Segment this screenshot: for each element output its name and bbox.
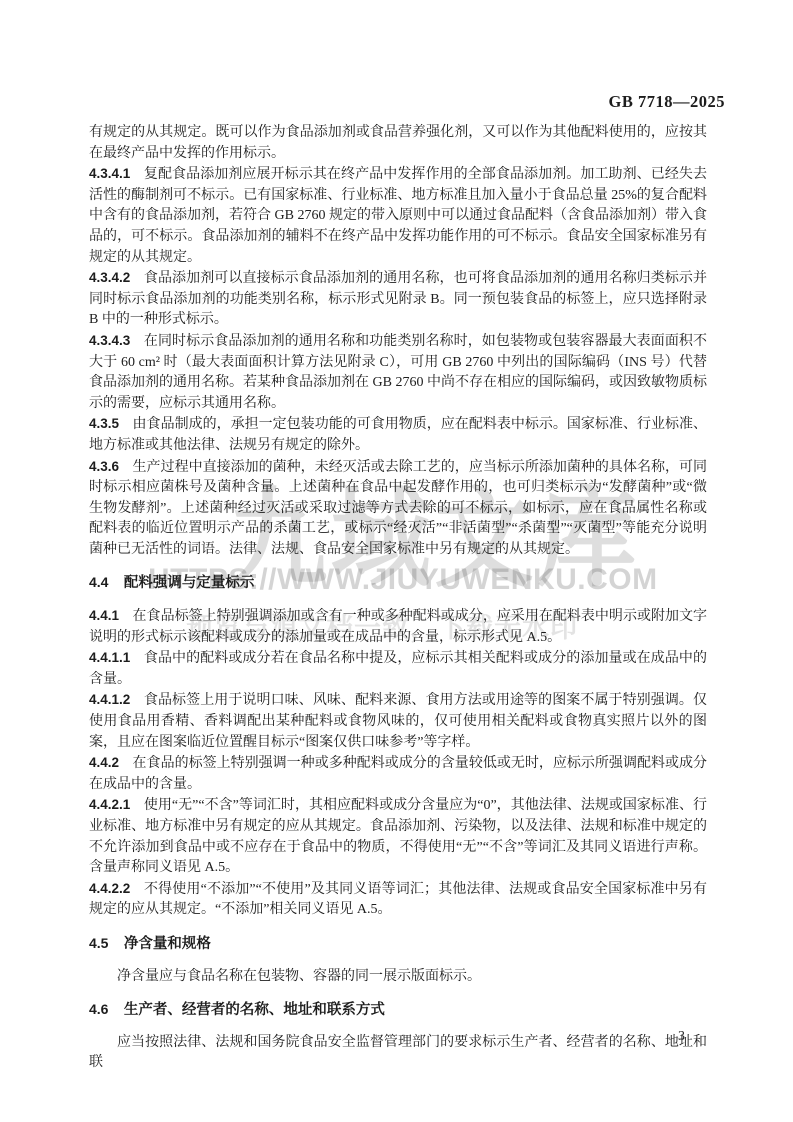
clause-paragraph: 4.4.2在食品的标签上特别强调一种或多种配料或成分的含量较低或无时，应标示所强… [89, 753, 707, 795]
clause-number: 4.4.1.1 [89, 650, 130, 665]
clause-number: 4.4.2.1 [89, 797, 130, 812]
clause-paragraph: 4.4.2.1使用“无”“不含”等词汇时，其相应配料或成分含量应为“0”，其他法… [89, 795, 707, 878]
clause-paragraph: 4.3.4.3在同时标示食品添加剂的通用名称和功能类别名称时，如包装物或包装容器… [89, 331, 707, 414]
clause-number: 4.6 [89, 1001, 108, 1017]
paragraph-text: 应当按照法律、法规和国务院食品安全监督管理部门的要求标示生产者、经营者的名称、地… [89, 1035, 707, 1071]
clause-number: 4.4.2.2 [89, 881, 130, 896]
clause-number: 4.3.4.3 [89, 333, 130, 348]
clause-number: 4.4.1.2 [89, 692, 130, 707]
paragraph-text: 复配食品添加剂应展开标示其在终产品中发挥作用的全部食品添加剂。加工助剂、已经失去… [89, 167, 707, 264]
paragraph-text: 在食品的标签上特别强调一种或多种配料或成分的含量较低或无时，应标示所强调配料或成… [89, 756, 707, 792]
page-number: 3 [678, 1029, 685, 1045]
clause-paragraph: 4.3.6生产过程中直接添加的菌种，未经灭活或去除工艺的，应当标示所添加菌种的具… [89, 457, 707, 561]
clause-number: 4.4.1 [89, 608, 119, 623]
clause-paragraph: 4.4.2.2不得使用“不添加”“不使用”及其同义语等词汇；其他法律、法规或食品… [89, 879, 707, 921]
paragraph: 有规定的从其规定。既可以作为食品添加剂或食品营养强化剂，又可以作为其他配料使用的… [89, 123, 707, 164]
paragraph-text: 在同时标示食品添加剂的通用名称和功能类别名称时，如包装物或包装容器最大表面面积不… [89, 334, 707, 411]
clause-paragraph: 4.4.1在食品标签上特别强调添加或含有一种或多种配料或成分，应采用在配料表中明… [89, 606, 707, 648]
paragraph-text: 净含量应与食品名称在包装物、容器的同一展示版面标示。 [117, 969, 481, 984]
clause-paragraph: 4.4.1.1食品中的配料或成分若在食品名称中提及，应标示其相关配料或成分的添加… [89, 648, 707, 690]
clause-paragraph: 4.3.5由食品制成的，承担一定包装功能的可食用物质，应在配料表中标示。国家标准… [89, 414, 707, 456]
clause-paragraph: 4.3.4.1复配食品添加剂应展开标示其在终产品中发挥作用的全部食品添加剂。加工… [89, 164, 707, 268]
heading-text: 生产者、经营者的名称、地址和联系方式 [124, 1002, 385, 1018]
standard-number-header: GB 7718—2025 [0, 92, 725, 112]
paragraph-text: 食品添加剂可以直接标示食品添加剂的通用名称，也可将食品添加剂的通用名称归类标示并… [89, 271, 707, 327]
paragraph-text: 食品中的配料或成分若在食品名称中提及，应标示其相关配料或成分的添加量或在成品中的… [89, 651, 707, 687]
paragraph-text: 使用“无”“不含”等词汇时，其相应配料或成分含量应为“0”，其他法律、法规或国家… [89, 798, 707, 875]
paragraph-text: 不得使用“不添加”“不使用”及其同义语等词汇；其他法律、法规或食品安全国家标准中… [89, 882, 707, 918]
clause-number: 4.3.4.1 [89, 166, 130, 181]
paragraph-text: 有规定的从其规定。既可以作为食品添加剂或食品营养强化剂，又可以作为其他配料使用的… [89, 125, 707, 161]
clause-paragraph: 4.4.1.2食品标签上用于说明口味、风味、配料来源、食用方法或用途等的图案不属… [89, 690, 707, 753]
paragraph: 净含量应与食品名称在包装物、容器的同一展示版面标示。 [89, 967, 707, 988]
clause-number: 4.3.4.2 [89, 270, 130, 285]
paragraph-text: 生产过程中直接添加的菌种，未经灭活或去除工艺的，应当标示所添加菌种的具体名称，可… [89, 460, 707, 557]
clause-number: 4.3.6 [89, 459, 119, 474]
paragraph: 应当按照法律、法规和国务院食品安全监督管理部门的要求标示生产者、经营者的名称、地… [89, 1033, 707, 1074]
document-page: GB 7718—2025 九域文库 HTTPS://WWW.JIUYUWENKU… [0, 0, 793, 1122]
clause-number: 4.5 [89, 935, 108, 951]
heading-text: 配料强调与定量标示 [124, 575, 255, 591]
paragraph-text: 由食品制成的，承担一定包装功能的可食用物质，应在配料表中标示。国家标准、行业标准… [89, 417, 707, 453]
section-heading: 4.5净含量和规格 [89, 933, 707, 955]
document-body: 有规定的从其规定。既可以作为食品添加剂或食品营养强化剂，又可以作为其他配料使用的… [89, 123, 707, 1083]
clause-paragraph: 4.3.4.2食品添加剂可以直接标示食品添加剂的通用名称，也可将食品添加剂的通用… [89, 268, 707, 331]
paragraph-text: 在食品标签上特别强调添加或含有一种或多种配料或成分，应采用在配料表中明示或附加文… [89, 609, 707, 645]
clause-number: 4.4.2 [89, 755, 119, 770]
section-heading: 4.4配料强调与定量标示 [89, 572, 707, 594]
clause-number: 4.4 [89, 574, 108, 590]
heading-text: 净含量和规格 [124, 936, 211, 952]
section-heading: 4.6生产者、经营者的名称、地址和联系方式 [89, 999, 707, 1021]
paragraph-text: 食品标签上用于说明口味、风味、配料来源、食用方法或用途等的图案不属于特别强调。仅… [89, 693, 707, 749]
clause-number: 4.3.5 [89, 416, 119, 431]
